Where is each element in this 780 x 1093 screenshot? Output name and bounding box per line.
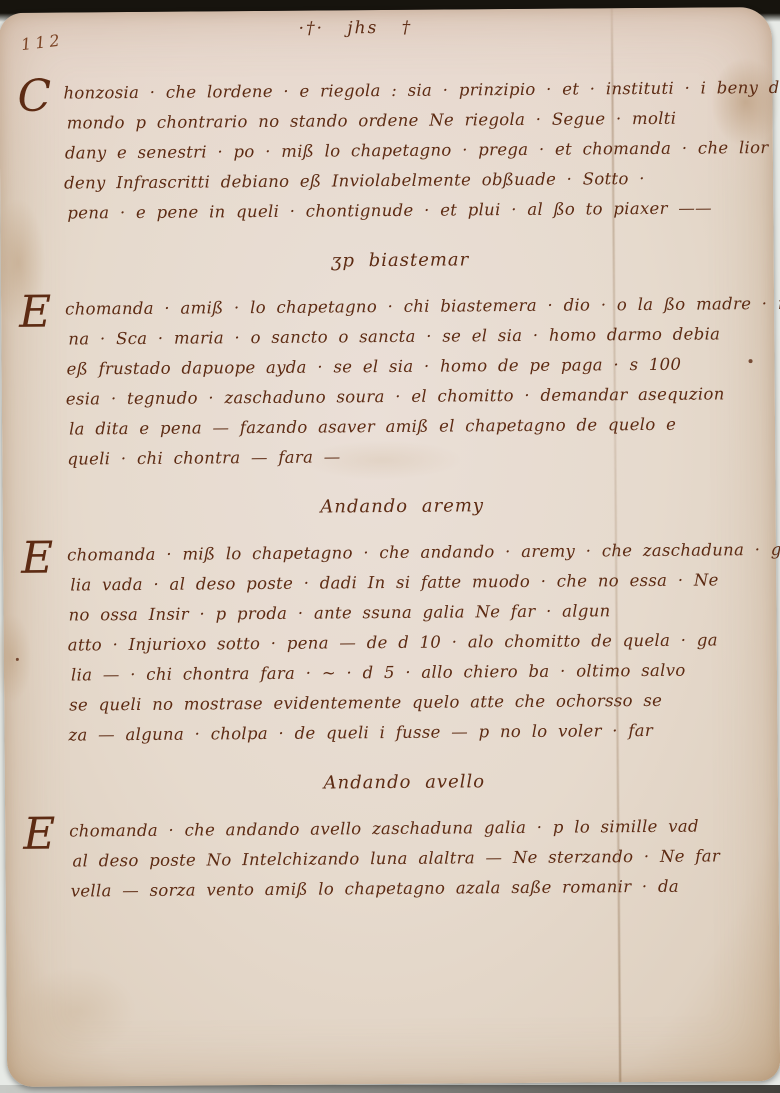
section-heading: ʒp biastemar xyxy=(65,243,736,278)
bottom-shadow-band xyxy=(0,1085,780,1093)
section-heading: Andando avello xyxy=(69,765,740,800)
stain xyxy=(16,966,137,1057)
invocation-mark: ·†· jhs † xyxy=(0,15,712,41)
manuscript-paragraph: Echomanda · che andando avello zaschadun… xyxy=(69,811,741,906)
text-line: lia vada · al deso poste · dadi In si fa… xyxy=(70,565,738,600)
manuscript-text: Chonzosia · che lordene · e riegola : si… xyxy=(63,73,740,906)
ink-blot xyxy=(16,658,19,661)
ink-blot xyxy=(749,359,753,363)
paragraph-initial: E xyxy=(19,291,51,335)
text-line: pena · e pene in queli · chontignude · e… xyxy=(67,193,735,228)
manuscript-paragraph: Chonzosia · che lordene · e riegola : si… xyxy=(63,73,735,228)
section-heading: Andando aremy xyxy=(67,489,738,524)
paragraph-initial: E xyxy=(23,813,55,857)
text-line: za — alguna · cholpa · de queli i fusse … xyxy=(68,715,739,750)
text-line: vella — sorza vento amiß lo chapetagno a… xyxy=(71,871,741,906)
manuscript-paragraph: Echomanda · amiß · lo chapetagno · chi b… xyxy=(65,289,737,474)
text-line: queli · chi chontra — fara — xyxy=(67,439,737,474)
paragraph-initial: C xyxy=(17,75,51,119)
text-line: la dita e pena — fazando asaver amiß el … xyxy=(69,409,737,444)
paragraph-initial: E xyxy=(21,537,53,581)
manuscript-page: 112 ·†· jhs † Chonzosia · che lordene · … xyxy=(0,7,780,1087)
photo-background: 112 ·†· jhs † Chonzosia · che lordene · … xyxy=(0,0,780,1093)
manuscript-paragraph: Echomanda · miß lo chapetagno · che anda… xyxy=(67,535,740,750)
